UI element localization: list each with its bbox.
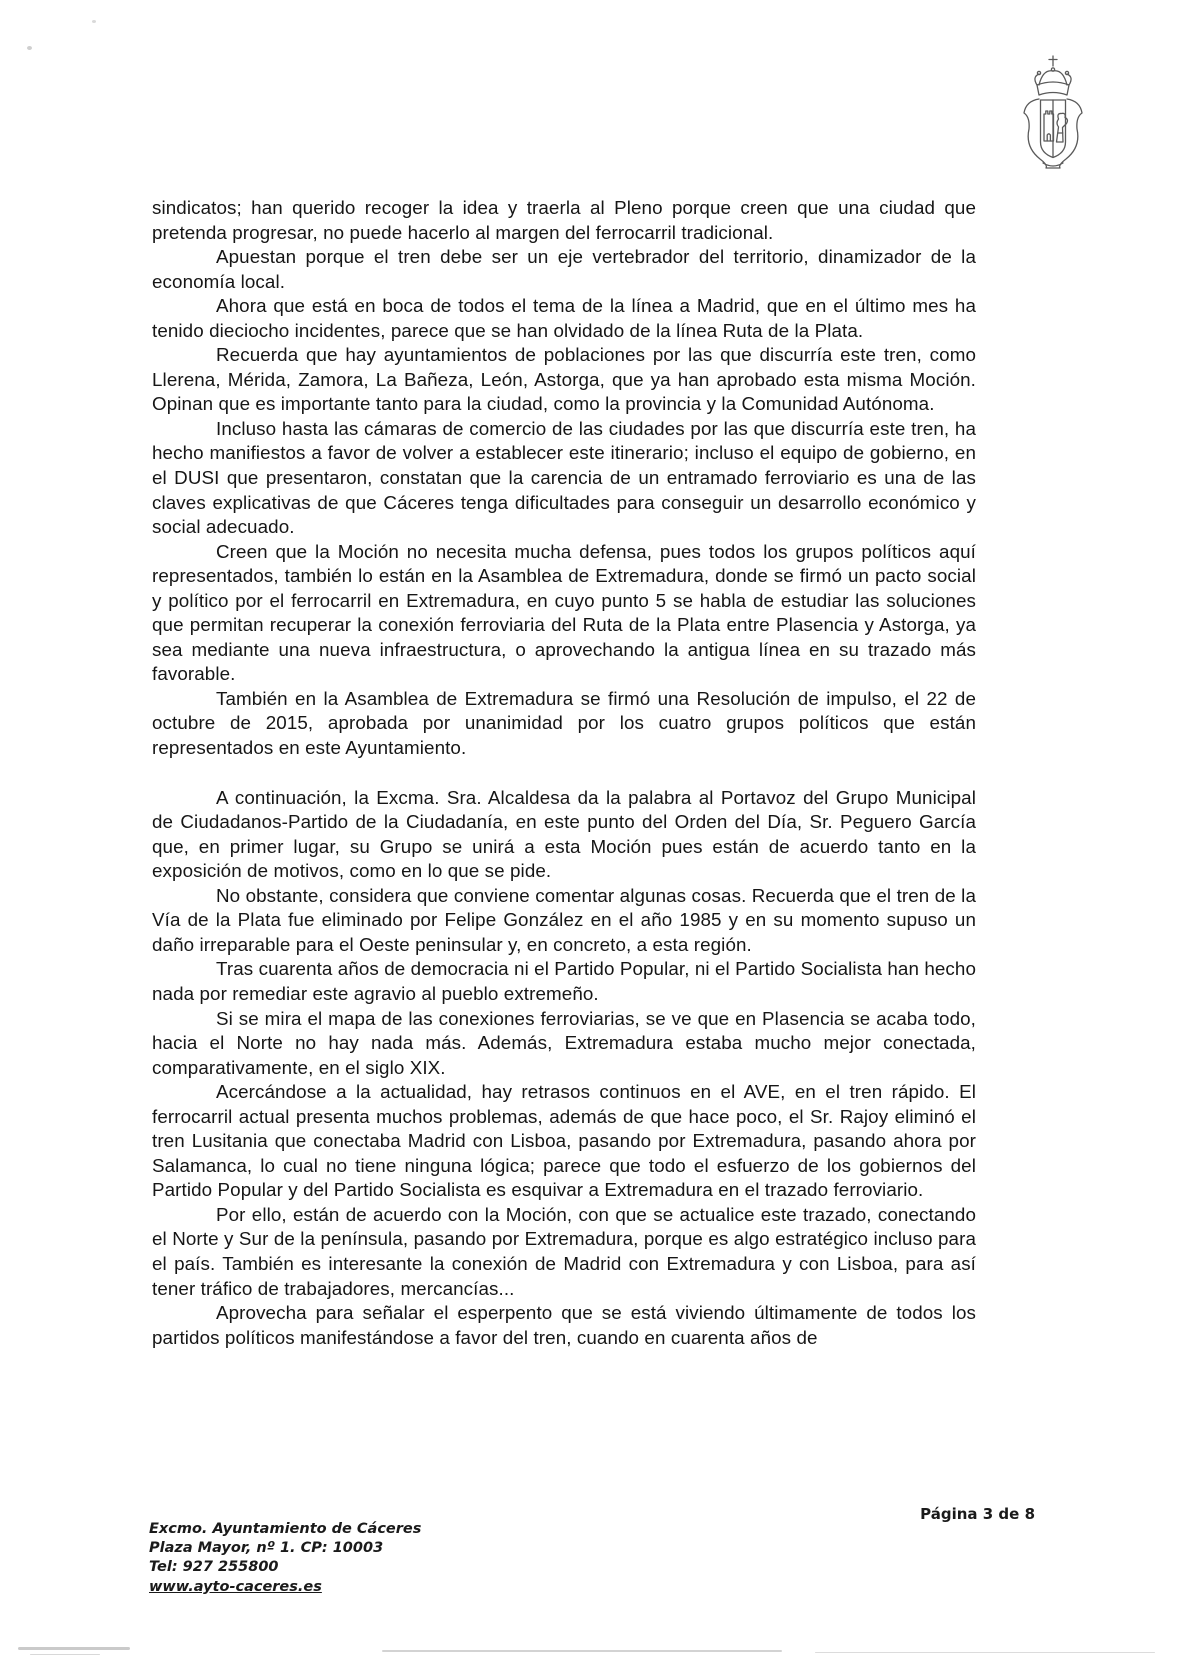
paragraph: Si se mira el mapa de las conexiones fer… bbox=[152, 1007, 976, 1081]
paragraph: Recuerda que hay ayuntamientos de poblac… bbox=[152, 343, 976, 417]
paragraph: Incluso hasta las cámaras de comercio de… bbox=[152, 417, 976, 540]
paragraph: Acercándose a la actualidad, hay retraso… bbox=[152, 1080, 976, 1203]
footer-address: Plaza Mayor, nº 1. CP: 10003 bbox=[149, 1539, 421, 1558]
paragraph: A continuación, la Excma. Sra. Alcaldesa… bbox=[152, 786, 976, 884]
paragraph: No obstante, considera que conviene come… bbox=[152, 884, 976, 958]
scanned-document-page: sindicatos; han querido recoger la idea … bbox=[0, 0, 1180, 1669]
scan-streak bbox=[382, 1650, 782, 1652]
paragraph: Tras cuarenta años de democracia ni el P… bbox=[152, 957, 976, 1006]
paragraph: Por ello, están de acuerdo con la Moción… bbox=[152, 1203, 976, 1301]
document-footer: Excmo. Ayuntamiento de Cáceres Plaza May… bbox=[149, 1520, 421, 1597]
scan-streak bbox=[815, 1652, 1155, 1653]
paragraph: Aprovecha para señalar el esperpento que… bbox=[152, 1301, 976, 1350]
paragraph: sindicatos; han querido recoger la idea … bbox=[152, 196, 976, 245]
scan-streak bbox=[30, 1654, 100, 1655]
page-number: Página 3 de 8 bbox=[920, 1505, 1035, 1523]
scan-speck bbox=[92, 20, 96, 23]
footer-organization: Excmo. Ayuntamiento de Cáceres bbox=[149, 1520, 421, 1539]
scan-speck bbox=[27, 46, 32, 50]
caceres-coat-of-arms-icon bbox=[1012, 54, 1094, 170]
scan-streak bbox=[18, 1647, 130, 1650]
document-body: sindicatos; han querido recoger la idea … bbox=[152, 196, 976, 1350]
paragraph: Ahora que está en boca de todos el tema … bbox=[152, 294, 976, 343]
paragraph: Creen que la Moción no necesita mucha de… bbox=[152, 540, 976, 687]
footer-phone: Tel: 927 255800 bbox=[149, 1558, 421, 1577]
paragraph: También en la Asamblea de Extremadura se… bbox=[152, 687, 976, 761]
footer-website: www.ayto-caceres.es bbox=[149, 1578, 421, 1597]
paragraph: Apuestan porque el tren debe ser un eje … bbox=[152, 245, 976, 294]
